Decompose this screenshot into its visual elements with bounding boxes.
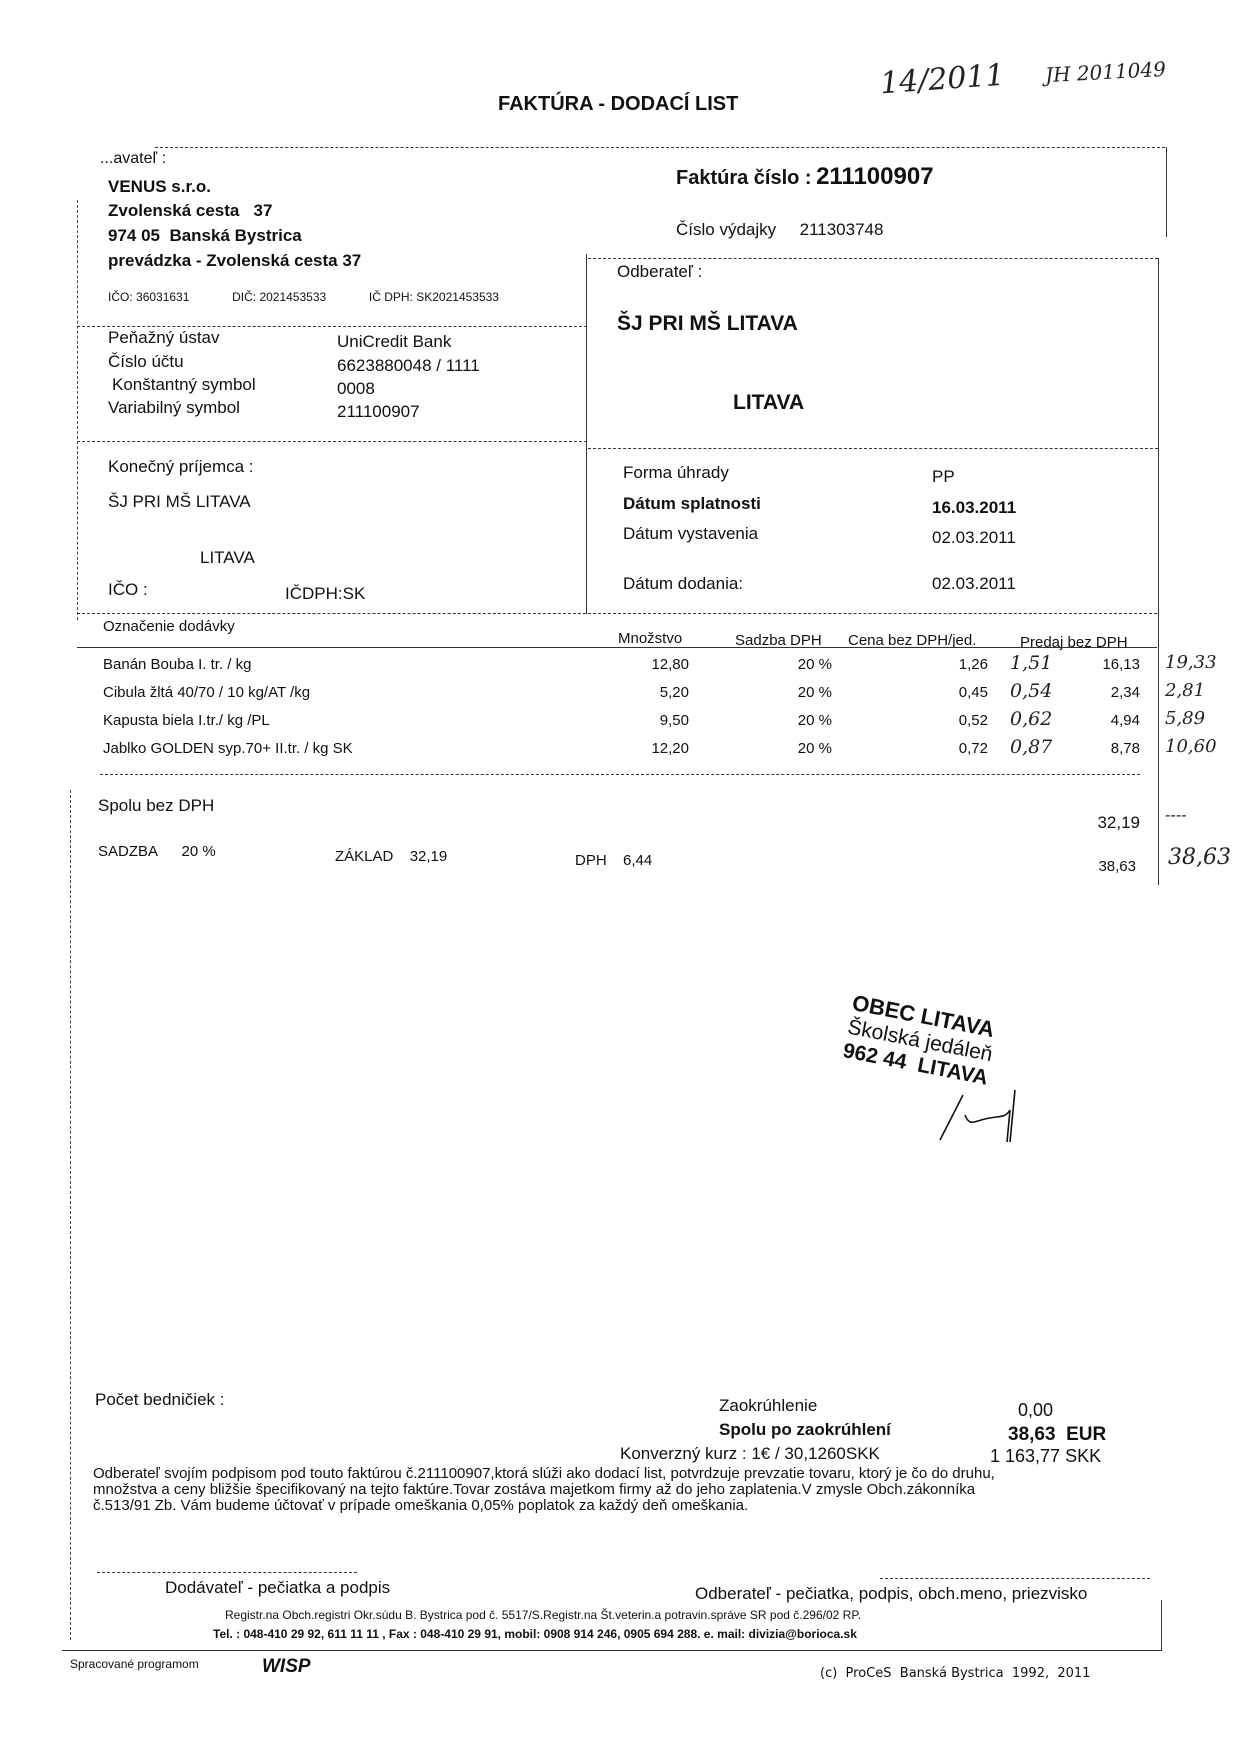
item-quantity: 5,20 xyxy=(660,684,689,701)
supplier-city: 974 05 Banská Bystrica xyxy=(108,226,302,246)
col-header-name: Označenie dodávky xyxy=(103,618,235,635)
vat-value: 6,44 xyxy=(623,852,652,869)
bank-label-2: Konštantný symbol xyxy=(112,375,256,395)
registry-line: Registr.na Obch.registri Okr.súdu B. Bys… xyxy=(225,1608,861,1622)
vat-summary: SADZBA 20 % xyxy=(98,843,216,860)
supplier-ids: IČO: 36031631 DIČ: 2021453533 IČ DPH: SK… xyxy=(108,290,499,304)
item-handwritten-total: 10,60 xyxy=(1165,736,1217,757)
item-name: Jablko GOLDEN syp.70+ II.tr. / kg SK xyxy=(103,740,353,757)
bank-value-2: 0008 xyxy=(337,379,375,399)
final-recipient-icdph: IČDPH:SK xyxy=(285,584,365,604)
item-handwritten-unit-price: 0,54 xyxy=(1010,680,1052,702)
item-total: 16,13 xyxy=(1102,656,1140,673)
supplier-label: ...avateľ : xyxy=(100,150,166,168)
grand-total-value: 38,63 EUR xyxy=(1008,1424,1106,1446)
payment-label-1: Dátum splatnosti xyxy=(623,494,761,514)
issue-number: Číslo výdajky 211303748 xyxy=(676,220,883,240)
legal-line-1: Odberateľ svojím podpisom pod touto fakt… xyxy=(93,1465,995,1482)
conversion-label: Konverzný kurz : 1€ / 30,1260SKK xyxy=(620,1444,880,1464)
grand-total-label: Spolu po zaokrúhlení xyxy=(719,1420,891,1440)
supplier-signature-label: Dodávateľ - pečiatka a podpis xyxy=(165,1578,390,1598)
item-handwritten-unit-price: 1,51 xyxy=(1010,652,1052,674)
icdph-value: SK2021453533 xyxy=(416,290,499,304)
payment-label-0: Forma úhrady xyxy=(623,463,729,483)
dic-value: 2021453533 xyxy=(259,290,326,304)
item-quantity: 12,80 xyxy=(651,656,689,673)
payment-value-0: PP xyxy=(932,467,955,487)
payment-value-1: 16.03.2011 xyxy=(932,498,1016,518)
item-vat-rate: 20 % xyxy=(798,740,832,757)
handwritten-total: 38,63 xyxy=(1168,845,1231,870)
bank-label-3: Variabilný symbol xyxy=(108,398,240,418)
invoice-number: Faktúra číslo : 211100907 xyxy=(676,163,934,191)
final-recipient-name: ŠJ PRI MŠ LITAVA xyxy=(108,492,251,512)
item-unit-price: 1,26 xyxy=(959,656,988,673)
document-title: FAKTÚRA - DODACÍ LIST xyxy=(498,93,738,116)
item-total: 2,34 xyxy=(1111,684,1140,701)
item-name: Banán Bouba I. tr. / kg xyxy=(103,656,251,673)
base-summary: ZÁKLAD 32,19 xyxy=(335,848,447,865)
item-unit-price: 0,52 xyxy=(959,712,988,729)
item-unit-price: 0,45 xyxy=(959,684,988,701)
payment-label-2: Dátum vystavenia xyxy=(623,524,758,544)
invoice-number-value: 211100907 xyxy=(816,163,933,190)
copyright: (c) ProCeS Banská Bystrica 1992, 2011 xyxy=(820,1666,1090,1681)
rate-label: SADZBA xyxy=(98,843,157,860)
bank-value-1: 6623880048 / 1111 xyxy=(337,356,480,376)
final-recipient-city: LITAVA xyxy=(200,548,255,568)
supplier-street: Zvolenská cesta 37 xyxy=(108,201,272,221)
dic-label: DIČ: xyxy=(232,290,256,304)
rounding-label: Zaokrúhlenie xyxy=(719,1396,817,1416)
vat-label: DPH xyxy=(575,852,607,869)
bank-value-3: 211100907 xyxy=(337,402,420,422)
final-recipient-label: Konečný príjemca : xyxy=(108,457,254,477)
issue-number-label: Číslo výdajky xyxy=(676,220,776,239)
payment-value-2: 02.03.2011 xyxy=(932,528,1016,548)
item-handwritten-unit-price: 0,87 xyxy=(1010,736,1052,758)
final-recipient-ico: IČO : xyxy=(108,580,148,600)
subtotal-label: Spolu bez DPH xyxy=(98,796,214,816)
total-with-vat: 38,63 xyxy=(1098,858,1136,875)
item-handwritten-total: 5,89 xyxy=(1165,708,1205,729)
item-handwritten-unit-price: 0,62 xyxy=(1010,708,1052,730)
customer-city: LITAVA xyxy=(733,391,804,415)
base-value: 32,19 xyxy=(410,848,448,865)
program-name: WISP xyxy=(262,1656,311,1678)
legal-line-3: č.513/91 Zb. Vám budeme účtovať v prípad… xyxy=(93,1497,748,1514)
item-vat-rate: 20 % xyxy=(798,684,832,701)
col-header-total: Predaj bez DPH xyxy=(1020,634,1128,651)
crates-label: Počet bedničiek : xyxy=(95,1390,224,1410)
item-quantity: 9,50 xyxy=(660,712,689,729)
item-name: Kapusta biela I.tr./ kg /PL xyxy=(103,712,270,729)
customer-signature-label: Odberateľ - pečiatka, podpis, obch.meno,… xyxy=(695,1584,1087,1604)
bank-label-1: Číslo účtu xyxy=(108,352,184,372)
customer-stamp: OBEC LITAVA Školská jedáleň 962 44 LITAV… xyxy=(841,990,1000,1091)
item-name: Cibula žltá 40/70 / 10 kg/AT /kg xyxy=(103,684,310,701)
bank-value-0: UniCredit Bank xyxy=(337,332,451,352)
icdph-label: IČ DPH: xyxy=(369,290,413,304)
conversion-value: 1 163,77 SKK xyxy=(990,1446,1101,1467)
supplier-branch: prevádzka - Zvolenská cesta 37 xyxy=(108,251,361,271)
subtotal-value: 32,19 xyxy=(1097,813,1140,833)
processed-by-label: Spracované programom xyxy=(70,1657,199,1671)
payment-value-3: 02.03.2011 xyxy=(932,574,1016,594)
item-total: 4,94 xyxy=(1111,712,1140,729)
item-quantity: 12,20 xyxy=(651,740,689,757)
legal-line-2: množstva a ceny bližšie špecifikovaný na… xyxy=(93,1481,975,1498)
handwritten-code: JH 2011049 xyxy=(1044,57,1166,87)
handwritten-ref: 14/2011 xyxy=(879,58,1006,102)
item-unit-price: 0,72 xyxy=(959,740,988,757)
issue-number-value: 211303748 xyxy=(800,220,884,239)
invoice-number-label: Faktúra číslo : xyxy=(676,167,812,189)
payment-label-3: Dátum dodania: xyxy=(623,574,743,594)
customer-label: Odberateľ : xyxy=(617,262,702,282)
item-vat-rate: 20 % xyxy=(798,712,832,729)
signature-icon xyxy=(935,1080,1035,1150)
rounding-value: 0,00 xyxy=(1018,1400,1053,1421)
rate-value: 20 % xyxy=(182,843,216,860)
supplier-name: VENUS s.r.o. xyxy=(108,177,211,197)
base-label: ZÁKLAD xyxy=(335,848,393,865)
customer-name: ŠJ PRI MŠ LITAVA xyxy=(617,312,798,336)
item-handwritten-total: 19,33 xyxy=(1165,652,1217,673)
contact-line: Tel. : 048-410 29 92, 611 11 11 , Fax : … xyxy=(213,1627,857,1641)
bank-label-0: Peňažný ústav xyxy=(108,328,220,348)
handwritten-subtotal: ---- xyxy=(1165,805,1187,824)
item-handwritten-total: 2,81 xyxy=(1165,680,1205,701)
vat-amount: DPH 6,44 xyxy=(575,852,652,869)
item-total: 8,78 xyxy=(1111,740,1140,757)
item-vat-rate: 20 % xyxy=(798,656,832,673)
ico-label: IČO: xyxy=(108,290,133,304)
ico-value: 36031631 xyxy=(136,290,189,304)
col-header-qty: Množstvo xyxy=(618,630,682,647)
